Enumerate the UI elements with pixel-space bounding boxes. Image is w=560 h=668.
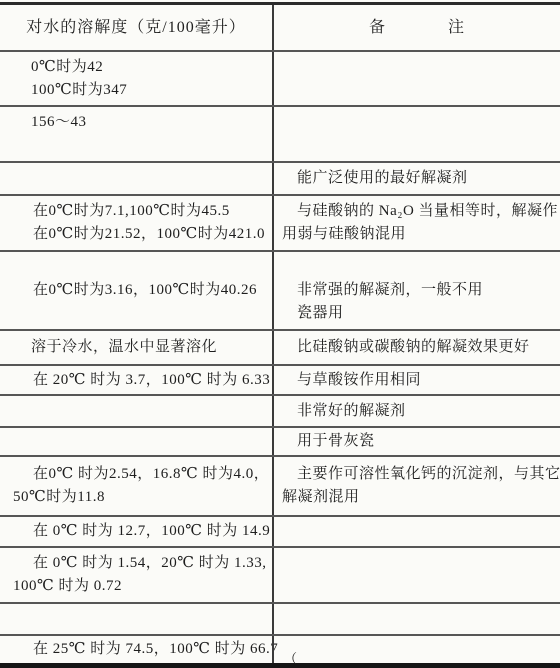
header-solubility: 对水的溶解度（克/100毫升） <box>0 5 272 50</box>
cell-solubility: 在0℃时为7.1,100℃时为45.5 在0℃时为21.52，100℃时为421… <box>0 196 272 250</box>
text-line: 在 0℃ 时为 1.54，20℃ 时为 1.33, <box>13 552 272 575</box>
cell-notes <box>272 636 560 663</box>
text-line: 在 25℃ 时为 74.5，100℃ 时为 66.7 <box>13 638 272 661</box>
cell-notes <box>272 548 560 602</box>
text-line: 与硅酸钠的 Na₂O 当量相等时，解凝作 <box>282 200 560 223</box>
table-row: 能广泛使用的最好解凝剂 <box>0 161 560 194</box>
cell-notes <box>272 107 560 161</box>
text-line: 比硅酸钠或碳酸钠的解凝效果更好 <box>282 336 560 359</box>
table-row: 在 0℃ 时为 12.7，100℃ 时为 14.9 <box>0 515 560 546</box>
text-line: 非常强的解凝剂，一般不用 <box>282 279 560 302</box>
cell-solubility: 溶于冷水，温水中显著溶化 <box>0 331 272 364</box>
cell-solubility <box>0 604 272 634</box>
text-line: 在0℃ 时为2.54，16.8℃ 时为4.0， <box>13 463 272 486</box>
text-line: 溶于冷水，温水中显著溶化 <box>13 336 272 359</box>
cell-solubility <box>0 428 272 455</box>
table-row: 在 0℃ 时为 1.54，20℃ 时为 1.33, 100℃ 时为 0.72 <box>0 546 560 602</box>
text-line: 用弱与硅酸钠混用 <box>282 223 560 246</box>
cell-notes: 用于骨灰瓷 <box>272 428 560 455</box>
cell-notes <box>272 604 560 634</box>
table-row: 156～43 <box>0 105 560 161</box>
table-row: 在 20℃ 时为 3.7，100℃ 时为 6.33 与草酸铵作用相同 <box>0 364 560 394</box>
scan-artifact: （ <box>284 648 297 667</box>
cell-notes <box>272 517 560 546</box>
cell-notes: 主要作可溶性氧化钙的沉淀剂，与其它 解凝剂混用 <box>272 457 560 515</box>
table-row: 在0℃ 时为2.54，16.8℃ 时为4.0， 50℃时为11.8 主要作可溶性… <box>0 455 560 515</box>
cell-solubility: 156～43 <box>0 107 272 161</box>
cell-notes: 非常好的解凝剂 <box>272 396 560 426</box>
text-line: 解凝剂混用 <box>282 486 560 509</box>
cell-notes: 能广泛使用的最好解凝剂 <box>272 163 560 194</box>
cell-solubility: 在 0℃ 时为 12.7，100℃ 时为 14.9 <box>0 517 272 546</box>
cell-solubility <box>0 396 272 426</box>
table-row: 0℃时为42 100℃时为347 <box>0 50 560 105</box>
header-row: 对水的溶解度（克/100毫升） 备 注 <box>0 5 560 50</box>
table-row: 用于骨灰瓷 <box>0 426 560 455</box>
text-line: 用于骨灰瓷 <box>282 430 560 453</box>
cell-notes: 与草酸铵作用相同 <box>272 366 560 394</box>
text-line: 50℃时为11.8 <box>13 486 272 509</box>
table-row: 在 25℃ 时为 74.5，100℃ 时为 66.7 <box>0 634 560 663</box>
text-line: 非常好的解凝剂 <box>282 400 560 423</box>
text-line: 在0℃时为7.1,100℃时为45.5 <box>13 200 272 223</box>
text-line: 100℃时为347 <box>13 79 272 102</box>
table-row: 在0℃时为7.1,100℃时为45.5 在0℃时为21.52，100℃时为421… <box>0 194 560 250</box>
text-line: 在 20℃ 时为 3.7，100℃ 时为 6.33 <box>13 369 272 392</box>
text-line: 156～43 <box>13 111 272 134</box>
table-row: 非常好的解凝剂 <box>0 394 560 426</box>
header-notes-char-2: 注 <box>448 16 465 39</box>
text-line: 主要作可溶性氧化钙的沉淀剂，与其它 <box>282 463 560 486</box>
header-notes-char-1: 备 <box>369 16 386 39</box>
cell-notes: 与硅酸钠的 Na₂O 当量相等时，解凝作 用弱与硅酸钠混用 <box>272 196 560 250</box>
cell-solubility: 在 25℃ 时为 74.5，100℃ 时为 66.7 <box>0 636 272 663</box>
text-line: 能广泛使用的最好解凝剂 <box>282 167 560 190</box>
cell-solubility: 在0℃时为3.16，100℃时为40.26 <box>0 252 272 329</box>
header-solubility-label: 对水的溶解度（克/100毫升） <box>26 16 245 39</box>
table-row: 溶于冷水，温水中显著溶化 比硅酸钠或碳酸钠的解凝效果更好 <box>0 329 560 364</box>
text-line: 100℃ 时为 0.72 <box>13 575 272 598</box>
text-line: 0℃时为42 <box>13 56 272 79</box>
text-line: 在0℃时为3.16，100℃时为40.26 <box>13 279 272 302</box>
scanned-table-page: 对水的溶解度（克/100毫升） 备 注 0℃时为42 100℃时为347 156… <box>0 0 560 668</box>
cell-solubility: 0℃时为42 100℃时为347 <box>0 52 272 105</box>
solubility-notes-table: 对水的溶解度（克/100毫升） 备 注 0℃时为42 100℃时为347 156… <box>0 2 560 668</box>
cell-notes: 比硅酸钠或碳酸钠的解凝效果更好 <box>272 331 560 364</box>
cell-notes <box>272 52 560 105</box>
table-row: 在0℃时为3.16，100℃时为40.26 非常强的解凝剂，一般不用 瓷器用 <box>0 250 560 329</box>
header-notes: 备 注 <box>272 5 560 50</box>
text-line: 在 0℃ 时为 12.7，100℃ 时为 14.9 <box>13 520 272 543</box>
cell-solubility: 在0℃ 时为2.54，16.8℃ 时为4.0， 50℃时为11.8 <box>0 457 272 515</box>
cell-solubility: 在 20℃ 时为 3.7，100℃ 时为 6.33 <box>0 366 272 394</box>
text-line: 瓷器用 <box>282 302 560 325</box>
cell-solubility <box>0 163 272 194</box>
table-row <box>0 602 560 634</box>
text-line: 与草酸铵作用相同 <box>282 369 560 392</box>
text-line: 在0℃时为21.52，100℃时为421.0 <box>13 223 272 246</box>
cell-notes: 非常强的解凝剂，一般不用 瓷器用 <box>272 252 560 329</box>
cell-solubility: 在 0℃ 时为 1.54，20℃ 时为 1.33, 100℃ 时为 0.72 <box>0 548 272 602</box>
